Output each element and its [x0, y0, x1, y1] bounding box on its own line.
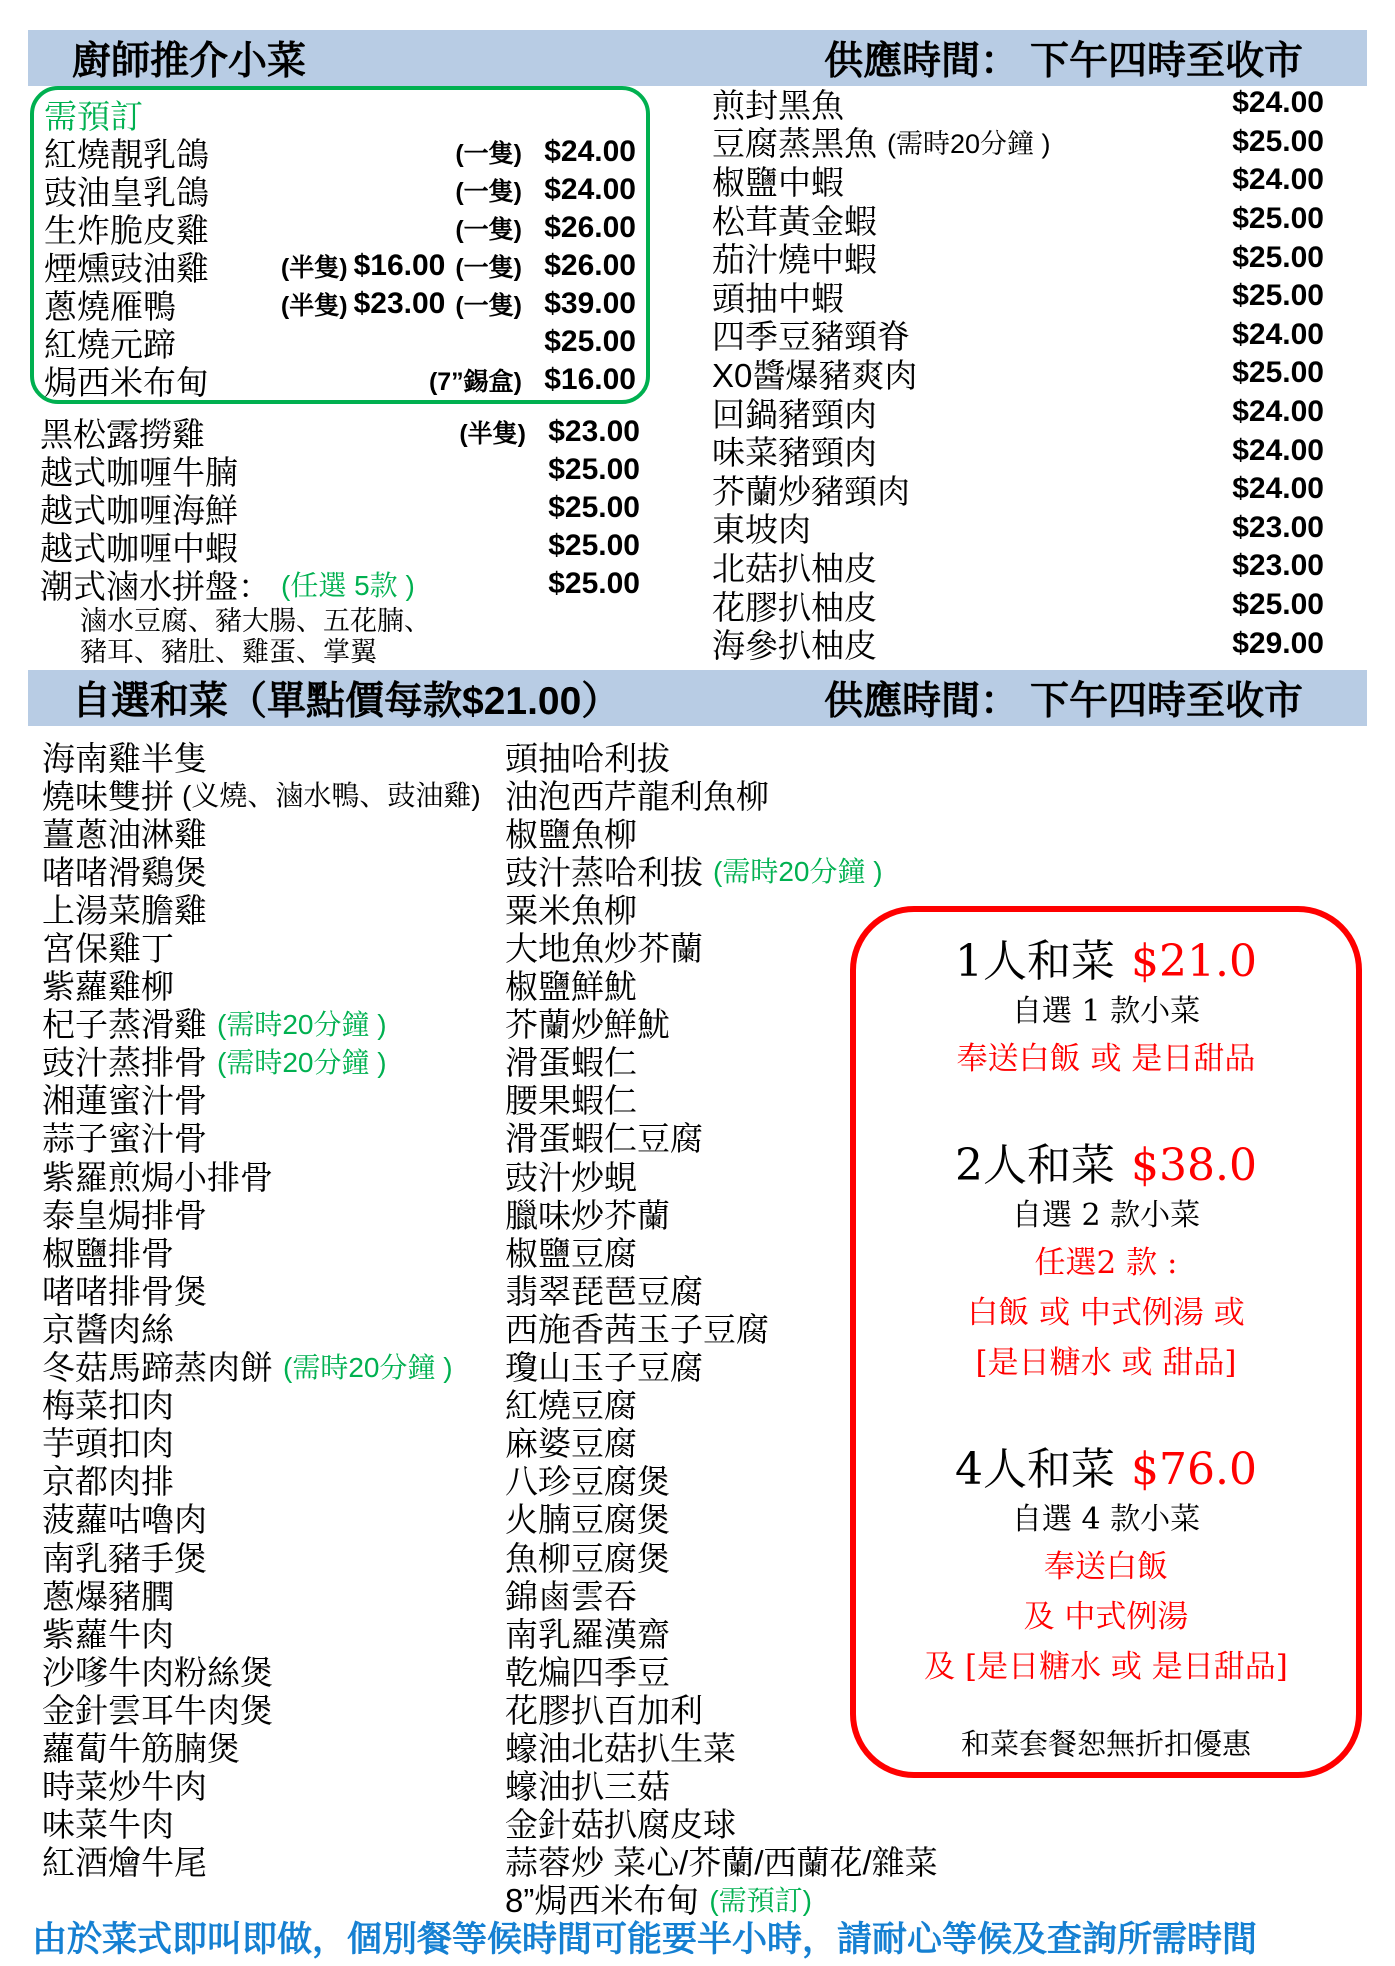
dish-price: $26.00	[528, 211, 636, 245]
set-meal-line: 任選2 款 :	[856, 1238, 1356, 1288]
menu-item-row: 蔥爆豬膶	[42, 1575, 502, 1613]
menu-item-row: 回鍋豬頸肉 $24.00	[712, 393, 1324, 432]
menu-item-row: 越式咖喱中蝦 $25.00	[40, 527, 640, 565]
section1-supply-time: 供應時間： 下午四時至收市	[824, 30, 1303, 86]
menu-item-row: 蔥燒雁鴨 (半隻) $23.00 (一隻) $39.00	[44, 285, 636, 323]
dish-price: $24.00	[1216, 163, 1324, 197]
dish-price: $24.00	[1216, 318, 1324, 352]
set-meal-price: $76.0	[1131, 1444, 1257, 1495]
chef-special-right-list: 煎封黑魚 $24.00 豆腐蒸黑魚 (需時20分鐘 ) $25.00	[712, 84, 1324, 663]
dish-price: $24.00	[528, 135, 636, 169]
chef-special-left-list: 黑松露撈雞 (半隻) $23.00 越式咖喱牛腩	[30, 413, 650, 665]
menu-item-row: 潮式滷水拼盤： (任選 5款 ) $25.00	[40, 565, 640, 603]
dish-price: $25.00	[1216, 279, 1324, 313]
dish-price: $25.00	[1216, 125, 1324, 159]
set-meal-price: $38.0	[1131, 1140, 1257, 1191]
menu-item-row: 蒜子蜜汁骨	[42, 1118, 502, 1156]
menu-item-row: 煙燻豉油雞 (半隻) $16.00 (一隻) $26.00	[44, 247, 636, 285]
menu-item-row: 梅菜扣肉	[42, 1385, 502, 1423]
dish-price: $25.00	[1216, 202, 1324, 236]
menu-item-row: 沙嗲牛肉粉絲煲	[42, 1651, 502, 1689]
menu-item-row: 菠蘿咕嚕肉	[42, 1499, 502, 1537]
preorder-box: 需預訂 紅燒靚乳鴿 (一隻) $24.00 豉油皇乳鴿	[30, 86, 650, 404]
dish-qualifier-half: (半隻)	[281, 286, 348, 322]
set-meal-line: 奉送白飯	[856, 1542, 1356, 1592]
menu-item-row: 茄汁燒中蝦 $25.00	[712, 238, 1324, 277]
dish-note: (任選 5款 )	[281, 564, 415, 604]
set-meal-name: 2人和菜	[955, 1140, 1115, 1191]
preorder-label: 需預訂	[44, 95, 636, 133]
menu-item-row: 紫蘿雞柳	[42, 966, 502, 1004]
dish-qualifier-half: (半隻)	[281, 248, 348, 284]
section2-title: 自選和菜（單點價每款$21.00）	[72, 670, 620, 726]
menu-item-row: 啫啫滑鷄煲	[42, 851, 502, 889]
menu-item-row: 煎封黑魚 $24.00	[712, 84, 1324, 123]
section1-title: 廚師推介小菜	[72, 30, 306, 86]
dish-price: $39.00	[528, 287, 636, 321]
dish-half-price: $23.00	[354, 287, 446, 321]
menu-item-row: 東坡肉 $23.00	[712, 509, 1324, 548]
menu-item-row: 味菜豬頸肉 $24.00	[712, 431, 1324, 470]
menu-item-row: 海參扒柚皮 $29.00	[712, 624, 1324, 663]
set-meal-title: 2人和菜$38.0	[856, 1138, 1356, 1194]
section2-supply-time: 供應時間： 下午四時至收市	[824, 670, 1303, 726]
set-meal-4: 4人和菜$76.0 自選 4 款小菜 奉送白飯及 中式例湯及 [是日糖水 或 是…	[856, 1442, 1356, 1692]
dish-note-black: (义燒、滷水鴨、豉油雞)	[182, 774, 481, 814]
menu-item-row: 生炸脆皮雞 (一隻) $26.00	[44, 209, 636, 247]
dish-price: $25.00	[528, 325, 636, 359]
menu-item-row: 豉汁蒸排骨 (需時20分鐘 )	[42, 1042, 502, 1080]
dish-qualifier-whole: (一隻)	[455, 210, 522, 246]
set-meal-title: 1人和菜$21.0	[856, 934, 1356, 990]
platter-sub-line: 豬耳、豬肚、雞蛋、掌翼	[40, 634, 640, 665]
set-menu-column-1: 海南雞半隻 燒味雙拼 (义燒、滷水鴨、豉油雞) 薑蔥油淋雞 啫啫滑鷄煲	[42, 737, 502, 1880]
menu-item-row: 金針雲耳牛肉煲	[42, 1689, 502, 1727]
menu-item-row: 芋頭扣肉	[42, 1423, 502, 1461]
chef-special-header-bar: 廚師推介小菜 供應時間： 下午四時至收市	[28, 30, 1367, 86]
menu-item-row: X0醬爆豬爽肉 $25.00	[712, 354, 1324, 393]
dish-qualifier-whole: (一隻)	[455, 286, 522, 322]
menu-page: 廚師推介小菜 供應時間： 下午四時至收市 需預訂 紅燒靚乳鴿 (一隻) $24.…	[0, 0, 1395, 1966]
dish-price: $25.00	[1216, 241, 1324, 275]
dish-price: $24.00	[1216, 395, 1324, 429]
dish-note: (需時20分鐘 )	[283, 1346, 453, 1386]
menu-item-row: 杞子蒸滑雞 (需時20分鐘 )	[42, 1004, 502, 1042]
set-meal-line: [是日糖水 或 甜品]	[856, 1338, 1356, 1388]
dish-price: $25.00	[532, 453, 640, 487]
dish-price: $29.00	[1216, 627, 1324, 661]
dish-price: $25.00	[532, 567, 640, 601]
set-meal-pick: 自選 1 款小菜	[856, 990, 1356, 1034]
menu-item-row: 蘿蔔牛筋腩煲	[42, 1727, 502, 1765]
dish-price: $26.00	[528, 249, 636, 283]
set-meal-lines: 任選2 款 :白飯 或 中式例湯 或[是日糖水 或 甜品]	[856, 1238, 1356, 1388]
wait-time-note: 由於菜式即叫即做，個別餐等候時間可能要半小時，請耐心等候及查詢所需時間	[32, 1912, 1257, 1962]
menu-item-row: 湘蓮蜜汁骨	[42, 1080, 502, 1118]
dish-price: $24.00	[1216, 86, 1324, 120]
set-meal-pick: 自選 4 款小菜	[856, 1498, 1356, 1542]
dish-price: $24.00	[1216, 472, 1324, 506]
dish-note: (需時20分鐘 )	[713, 850, 883, 890]
menu-item-row: 蒜蓉炒 菜心/芥蘭/西蘭花/雜菜	[505, 1842, 1025, 1880]
dish-qualifier-whole: (一隻)	[455, 248, 522, 284]
menu-item-row: 燒味雙拼 (义燒、滷水鴨、豉油雞)	[42, 775, 502, 813]
dish-note: (需時20分鐘 )	[217, 1041, 387, 1081]
menu-item-row: 冬菇馬蹄蒸肉餅 (需時20分鐘 )	[42, 1347, 502, 1385]
set-meal-price: $21.0	[1131, 936, 1257, 987]
menu-item-row: 北菇扒柚皮 $23.00	[712, 547, 1324, 586]
dish-note-black: (需時20分鐘 )	[887, 122, 1051, 161]
menu-item-row: 泰皇焗排骨	[42, 1194, 502, 1232]
set-meal-lines: 奉送白飯 或 是日甜品	[856, 1034, 1356, 1084]
menu-item-row: 椒鹽中蝦 $24.00	[712, 161, 1324, 200]
menu-item-row: 味菜牛肉	[42, 1804, 502, 1842]
dish-price: $23.00	[532, 415, 640, 449]
menu-item-row: 椒鹽排骨	[42, 1232, 502, 1270]
menu-item-row: 焗西米布甸 (7”錫盒) $16.00	[44, 361, 636, 399]
dish-price: $25.00	[532, 491, 640, 525]
menu-item-row: 京醬肉絲	[42, 1308, 502, 1346]
menu-item-row: 芥蘭炒豬頸肉 $24.00	[712, 470, 1324, 509]
platter-sub-list: 滷水豆腐、豬大腸、五花腩、 豬耳、豬肚、雞蛋、掌翼	[40, 603, 640, 665]
set-meal-line: 及 [是日糖水 或 是日甜品]	[856, 1642, 1356, 1692]
preorder-item-list: 紅燒靚乳鴿 (一隻) $24.00 豉油皇乳鴿 (	[44, 133, 636, 399]
menu-item-row: 紫羅煎焗小排骨	[42, 1156, 502, 1194]
dish-name: 焗西米布甸	[44, 357, 209, 404]
menu-item-row: 越式咖喱牛腩 $25.00	[40, 451, 640, 489]
set-meal-2: 2人和菜$38.0 自選 2 款小菜 任選2 款 :白飯 或 中式例湯 或[是日…	[856, 1138, 1356, 1388]
set-meal-name: 4人和菜	[955, 1444, 1115, 1495]
dish-price: $24.00	[528, 173, 636, 207]
dish-price: $25.00	[1216, 356, 1324, 390]
dish-name: 海參扒柚皮	[712, 620, 877, 667]
dish-qualifier-whole: (半隻)	[459, 414, 526, 450]
menu-item-row: 頭抽哈利拔	[505, 737, 1025, 775]
dish-price: $16.00	[528, 363, 636, 397]
menu-item-row: 油泡西芹龍利魚柳	[505, 775, 1025, 813]
set-meal-pick: 自選 2 款小菜	[856, 1194, 1356, 1238]
menu-item-row: 黑松露撈雞 (半隻) $23.00	[40, 413, 640, 451]
menu-item-row: 紅酒燴牛尾	[42, 1842, 502, 1880]
menu-item-row: 南乳豬手煲	[42, 1537, 502, 1575]
set-meal-1: 1人和菜$21.0 自選 1 款小菜 奉送白飯 或 是日甜品	[856, 934, 1356, 1084]
dish-price: $23.00	[1216, 511, 1324, 545]
set-menu-header-bar: 自選和菜（單點價每款$21.00） 供應時間： 下午四時至收市	[28, 670, 1367, 726]
menu-item-row: 時菜炒牛肉	[42, 1766, 502, 1804]
menu-item-row: 金針菇扒腐皮球	[505, 1804, 1025, 1842]
left-item-list: 黑松露撈雞 (半隻) $23.00 越式咖喱牛腩	[40, 413, 640, 603]
menu-item-row: 椒鹽魚柳	[505, 813, 1025, 851]
dish-price: $24.00	[1216, 434, 1324, 468]
menu-item-row: 花膠扒柚皮 $25.00	[712, 586, 1324, 625]
dish-qualifier-whole: (7”錫盒)	[429, 362, 522, 398]
dish-half-price: $16.00	[354, 249, 446, 283]
menu-item-row: 啫啫排骨煲	[42, 1270, 502, 1308]
menu-item-row: 上湯菜膽雞	[42, 889, 502, 927]
menu-item-row: 紅燒靚乳鴿 (一隻) $24.00	[44, 133, 636, 171]
dish-qualifier-whole: (一隻)	[455, 172, 522, 208]
menu-item-row: 越式咖喱海鮮 $25.00	[40, 489, 640, 527]
menu-item-row: 薑蔥油淋雞	[42, 813, 502, 851]
set-meal-name: 1人和菜	[955, 936, 1115, 987]
menu-item-row: 海南雞半隻	[42, 737, 502, 775]
set-meal-line: 奉送白飯 或 是日甜品	[856, 1034, 1356, 1084]
menu-item-row: 豆腐蒸黑魚 (需時20分鐘 ) $25.00	[712, 123, 1324, 162]
dish-name: 紅酒燴牛尾	[42, 1837, 207, 1884]
set-meal-footnote: 和菜套餐恕無折扣優惠	[856, 1722, 1356, 1763]
set-meal-line: 白飯 或 中式例湯 或	[856, 1288, 1356, 1338]
menu-item-row: 紫蘿牛肉	[42, 1613, 502, 1651]
menu-item-row: 京都肉排	[42, 1461, 502, 1499]
set-meal-title: 4人和菜$76.0	[856, 1442, 1356, 1498]
dish-price: $25.00	[1216, 588, 1324, 622]
menu-item-row: 豉油皇乳鴿 (一隻) $24.00	[44, 171, 636, 209]
set-meal-line: 及 中式例湯	[856, 1592, 1356, 1642]
set-meal-lines: 奉送白飯及 中式例湯及 [是日糖水 或 是日甜品]	[856, 1542, 1356, 1692]
dish-note: (需時20分鐘 )	[217, 1003, 387, 1043]
menu-item-row: 宮保雞丁	[42, 927, 502, 965]
menu-item-row: 紅燒元蹄 $25.00	[44, 323, 636, 361]
set-meal-box: 1人和菜$21.0 自選 1 款小菜 奉送白飯 或 是日甜品 2人和菜$38.0…	[850, 906, 1362, 1778]
dish-price: $25.00	[532, 529, 640, 563]
menu-item-row: 豉汁蒸哈利拔 (需時20分鐘 )	[505, 851, 1025, 889]
menu-item-row: 四季豆豬頸脊 $24.00	[712, 316, 1324, 355]
dish-price: $23.00	[1216, 549, 1324, 583]
menu-item-row: 松茸黃金蝦 $25.00	[712, 200, 1324, 239]
menu-item-row: 頭抽中蝦 $25.00	[712, 277, 1324, 316]
dish-qualifier-whole: (一隻)	[455, 134, 522, 170]
